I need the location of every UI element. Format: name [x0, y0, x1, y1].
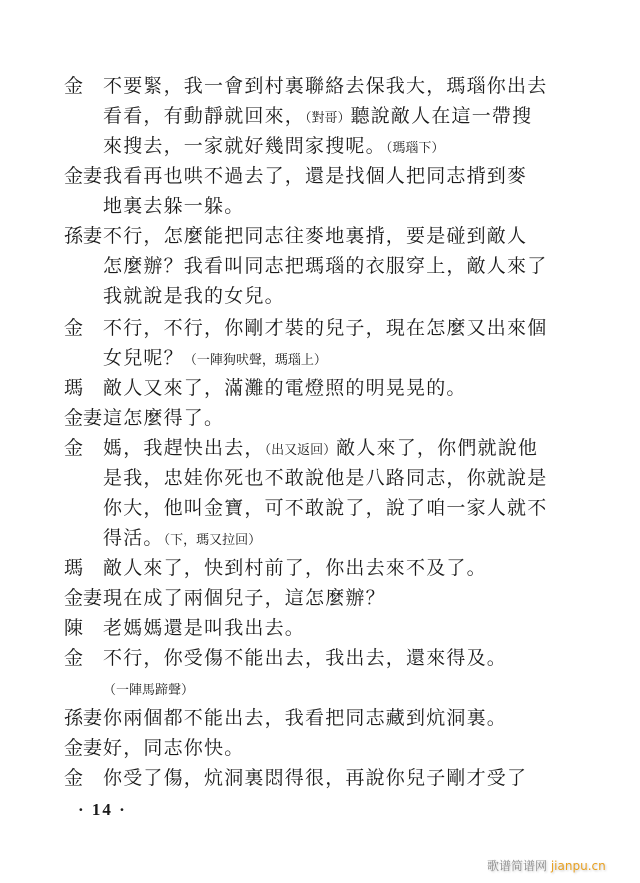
dialogue-text: 敵人來了，快到村前了，你出去來不及了。: [103, 556, 487, 580]
dialogue-text: 女兒呢？（一陣狗吠聲，瑪瑙上）: [103, 346, 327, 373]
script-line: 得活。（下，瑪又拉回）: [0, 526, 640, 550]
script-line: 孫妻不行，怎麼能把同志往麥地裏揹，要是碰到敵人: [0, 224, 640, 248]
stage-direction: （下，瑪又拉回）: [164, 533, 262, 548]
dialogue-main: 不要緊，我一會到村裏聯絡去保我大，瑪瑙你出去: [103, 75, 547, 97]
script-line: 金妻這怎麼得了。: [0, 406, 640, 430]
dialogue-main: 不行，不行，你剛才裝的兒子，現在怎麼又出來個: [103, 317, 547, 339]
dialogue-main: 女兒呢？: [103, 347, 184, 369]
script-line: 金妻現在成了兩個兒子，這怎麼辦？: [0, 586, 640, 610]
dialogue-main: 是我，忠娃你死也不敢說他是八路同志，你就說是: [103, 467, 547, 489]
dialogue-main: 老媽媽還是叫我出去。: [103, 617, 305, 639]
script-line: 地裏去躲一躲。: [0, 194, 640, 218]
script-line: 金不行，你受傷不能出去，我出去，還來得及。: [0, 646, 640, 670]
speaker-name: 金妻: [64, 406, 102, 430]
dialogue-main: 看看，有動靜就回來，: [103, 105, 305, 127]
stage-direction: （一陣狗吠聲，瑪瑙上）: [184, 353, 327, 368]
speaker-name: 金: [64, 316, 83, 340]
dialogue-text: 不要緊，我一會到村裏聯絡去保我大，瑪瑙你出去: [103, 74, 547, 98]
dialogue-text: 你兩個都不能出去，我看把同志藏到炕洞裏。: [103, 706, 507, 730]
script-line: 瑪敵人又來了，滿灘的電燈照的明晃晃的。: [0, 376, 640, 400]
dialogue-after: 敵人來了，你們就說他: [336, 437, 538, 459]
dialogue-main: 你受了傷，炕洞裏悶得很，再說你兒子剛才受了: [103, 767, 527, 789]
dialogue-main: 我就說是我的女兒。: [103, 285, 285, 307]
dialogue-text: 敵人又來了，滿灘的電燈照的明晃晃的。: [103, 376, 467, 400]
dialogue-main: 好，同志你快。: [103, 737, 244, 759]
dialogue-text: 老媽媽還是叫我出去。: [103, 616, 305, 640]
script-line: （一陣馬蹄聲）: [0, 676, 640, 700]
speaker-name: 金妻: [64, 164, 102, 188]
speaker-name: 瑪: [64, 376, 83, 400]
dialogue-text: （一陣馬蹄聲）: [103, 676, 194, 703]
dialogue-text: 現在成了兩個兒子，這怎麼辦？: [103, 586, 386, 610]
script-line: 金妻我看再也哄不過去了，還是找個人把同志揹到麥: [0, 164, 640, 188]
script-line: 怎麼辦？我看叫同志把瑪瑙的衣服穿上，敵人來了: [0, 254, 640, 278]
script-line: 來搜去，一家就好幾問家搜呢。（瑪瑙下）: [0, 134, 640, 158]
page-number: · 14 ·: [78, 800, 127, 820]
dialogue-text: 看看，有動靜就回來，（對哥）聽說敵人在這一帶搜: [103, 104, 532, 131]
dialogue-text: 是我，忠娃你死也不敢說他是八路同志，你就說是: [103, 466, 547, 490]
speaker-name: 金: [64, 436, 83, 460]
watermark-domain: jianpu.cn: [551, 859, 606, 873]
script-line: 金不要緊，我一會到村裏聯絡去保我大，瑪瑙你出去: [0, 74, 640, 98]
dialogue-main: 敵人又來了，滿灘的電燈照的明晃晃的。: [103, 377, 467, 399]
stage-direction: （出又返回）: [265, 443, 337, 458]
dialogue-main: 得活。: [103, 527, 164, 549]
dialogue-text: 你受了傷，炕洞裏悶得很，再說你兒子剛才受了: [103, 766, 527, 790]
watermark: 歌谱简谱网 jianpu.cn: [487, 857, 606, 874]
script-line: 金不行，不行，你剛才裝的兒子，現在怎麼又出來個: [0, 316, 640, 340]
script-page: 金不要緊，我一會到村裏聯絡去保我大，瑪瑙你出去看看，有動靜就回來，（對哥）聽說敵…: [0, 0, 640, 883]
dialogue-main: 怎麼辦？我看叫同志把瑪瑙的衣服穿上，敵人來了: [103, 255, 547, 277]
dialogue-after: 聽說敵人在這一帶搜: [351, 105, 533, 127]
script-line: 是我，忠娃你死也不敢說他是八路同志，你就說是: [0, 466, 640, 490]
dialogue-main: 不行，你受傷不能出去，我出去，還來得及。: [103, 647, 507, 669]
dialogue-text: 這怎麼得了。: [103, 406, 224, 430]
script-line: 瑪敵人來了，快到村前了，你出去來不及了。: [0, 556, 640, 580]
dialogue-text: 來搜去，一家就好幾問家搜呢。（瑪瑙下）: [103, 134, 444, 161]
dialogue-text: 不行，不行，你剛才裝的兒子，現在怎麼又出來個: [103, 316, 547, 340]
script-line: 你大，他叫金寶，可不敢說了，說了咱一家人就不: [0, 496, 640, 520]
dialogue-main: 你大，他叫金寶，可不敢說了，說了咱一家人就不: [103, 497, 547, 519]
dialogue-text: 得活。（下，瑪又拉回）: [103, 526, 261, 553]
speaker-name: 金妻: [64, 586, 102, 610]
dialogue-text: 好，同志你快。: [103, 736, 244, 760]
stage-direction: （對哥）: [305, 111, 351, 126]
speaker-name: 孫妻: [64, 706, 102, 730]
speaker-name: 金妻: [64, 736, 102, 760]
dialogue-text: 不行，你受傷不能出去，我出去，還來得及。: [103, 646, 507, 670]
dialogue-main: 地裏去躲一躲。: [103, 195, 244, 217]
speaker-name: 孫妻: [64, 224, 102, 248]
watermark-site-name: 歌谱简谱网: [487, 859, 547, 873]
dialogue-main: 現在成了兩個兒子，這怎麼辦？: [103, 587, 386, 609]
dialogue-main: 你兩個都不能出去，我看把同志藏到炕洞裏。: [103, 707, 507, 729]
speaker-name: 金: [64, 646, 83, 670]
speaker-name: 金: [64, 766, 83, 790]
script-line: 金妻好，同志你快。: [0, 736, 640, 760]
speaker-name: 瑪: [64, 556, 83, 580]
script-line: 看看，有動靜就回來，（對哥）聽說敵人在這一帶搜: [0, 104, 640, 128]
script-line: 孫妻你兩個都不能出去，我看把同志藏到炕洞裏。: [0, 706, 640, 730]
script-line: 女兒呢？（一陣狗吠聲，瑪瑙上）: [0, 346, 640, 370]
dialogue-main: 媽，我趕快出去，: [103, 437, 265, 459]
dialogue-main: 敵人來了，快到村前了，你出去來不及了。: [103, 557, 487, 579]
script-line: 金媽，我趕快出去，（出又返回）敵人來了，你們就說他: [0, 436, 640, 460]
dialogue-main: 這怎麼得了。: [103, 407, 224, 429]
script-line: 我就說是我的女兒。: [0, 284, 640, 308]
dialogue-text: 我看再也哄不過去了，還是找個人把同志揹到麥: [103, 164, 527, 188]
stage-direction: （一陣馬蹄聲）: [103, 683, 194, 698]
script-line: 金你受了傷，炕洞裏悶得很，再說你兒子剛才受了: [0, 766, 640, 790]
dialogue-text: 地裏去躲一躲。: [103, 194, 244, 218]
stage-direction: （瑪瑙下）: [386, 141, 445, 156]
dialogue-text: 怎麼辦？我看叫同志把瑪瑙的衣服穿上，敵人來了: [103, 254, 547, 278]
dialogue-text: 我就說是我的女兒。: [103, 284, 285, 308]
dialogue-text: 你大，他叫金寶，可不敢說了，說了咱一家人就不: [103, 496, 547, 520]
dialogue-main: 不行，怎麼能把同志往麥地裏揹，要是碰到敵人: [103, 225, 527, 247]
dialogue-main: 我看再也哄不過去了，還是找個人把同志揹到麥: [103, 165, 527, 187]
speaker-name: 陳: [64, 616, 83, 640]
speaker-name: 金: [64, 74, 83, 98]
dialogue-text: 不行，怎麼能把同志往麥地裏揹，要是碰到敵人: [103, 224, 527, 248]
dialogue-text: 媽，我趕快出去，（出又返回）敵人來了，你們就說他: [103, 436, 538, 463]
script-line: 陳老媽媽還是叫我出去。: [0, 616, 640, 640]
dialogue-main: 來搜去，一家就好幾問家搜呢。: [103, 135, 386, 157]
